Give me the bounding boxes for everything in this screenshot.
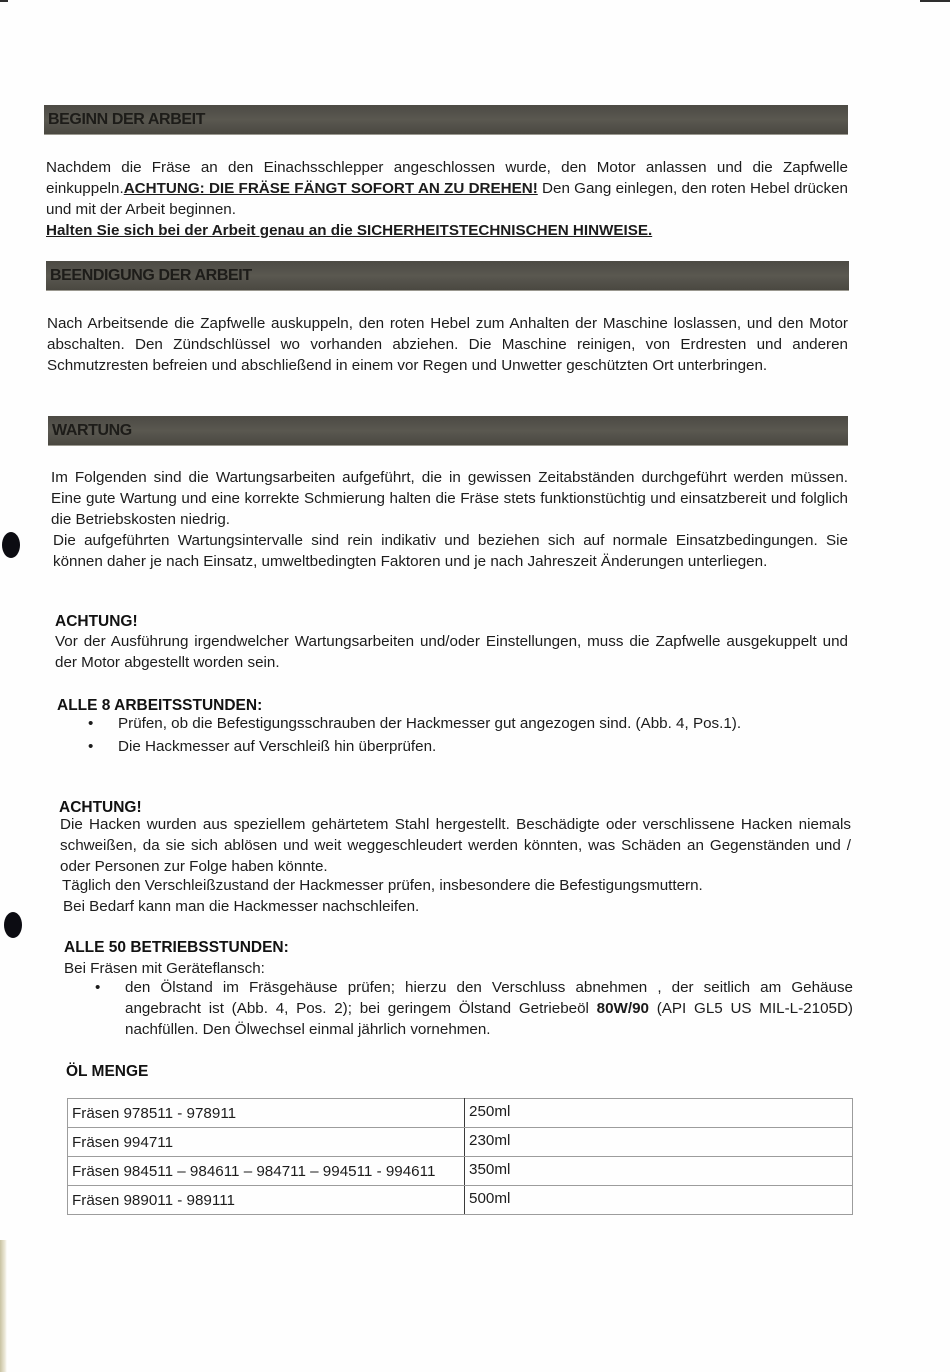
amount-cell: 250ml bbox=[465, 1099, 853, 1128]
beginn-paragraph: Nachdem die Fräse an den Einachsschleppe… bbox=[46, 157, 848, 220]
bullet-icon: • bbox=[88, 736, 93, 757]
interval-50h-intro: Bei Fräsen mit Geräteflansch: bbox=[64, 958, 265, 979]
table-row: Fräsen 984511 – 984611 – 984711 – 994511… bbox=[68, 1157, 853, 1186]
section-title: BEGINN DER ARBEIT bbox=[48, 111, 205, 129]
section-header-wartung: WARTUNG bbox=[48, 416, 848, 445]
oil-grade: 80W/90 bbox=[597, 1000, 649, 1017]
list-item-text: Prüfen, ob die Befestigungsschrauben der… bbox=[118, 715, 741, 732]
section-header-beginn: BEGINN DER ARBEIT bbox=[44, 105, 848, 134]
bullet-icon: • bbox=[88, 713, 93, 734]
section-title: WARTUNG bbox=[52, 422, 132, 440]
interval-8h-list: •Prüfen, ob die Befestigungsschrauben de… bbox=[118, 713, 850, 757]
table-row: Fräsen 978511 - 978911 250ml bbox=[68, 1099, 853, 1128]
scan-edge-shadow bbox=[920, 0, 950, 2]
safety-note: Halten Sie sich bei der Arbeit genau an … bbox=[46, 220, 848, 241]
table-row: Fräsen 994711 230ml bbox=[68, 1128, 853, 1157]
oil-quantity-heading: ÖL MENGE bbox=[66, 1063, 148, 1081]
list-item-text: Die Hackmesser auf Verschleiß hin überpr… bbox=[118, 738, 436, 755]
hacken-warning-paragraph: Die Hacken wurden aus speziellem gehärte… bbox=[60, 814, 851, 877]
punch-hole-mark bbox=[4, 912, 22, 938]
list-item: •den Ölstand im Fräsgehäuse prüfen; hier… bbox=[125, 977, 853, 1040]
interval-50h-list: •den Ölstand im Fräsgehäuse prüfen; hier… bbox=[125, 977, 853, 1040]
bullet-icon: • bbox=[95, 977, 100, 998]
section-title: BEENDIGUNG DER ARBEIT bbox=[50, 267, 252, 285]
rotation-warning: ACHTUNG: DIE FRÄSE FÄNGT SOFORT AN ZU DR… bbox=[124, 180, 538, 197]
model-cell: Fräsen 978511 - 978911 bbox=[68, 1099, 465, 1128]
amount-cell: 350ml bbox=[465, 1157, 853, 1186]
resharpen-text: Bei Bedarf kann man die Hackmesser nachs… bbox=[63, 896, 853, 917]
list-item: •Die Hackmesser auf Verschleiß hin überp… bbox=[118, 736, 850, 757]
list-item: •Prüfen, ob die Befestigungsschrauben de… bbox=[118, 713, 850, 734]
interval-50h-heading: ALLE 50 BETRIEBSSTUNDEN: bbox=[64, 939, 289, 957]
table-row: Fräsen 989011 - 989111 500ml bbox=[68, 1186, 853, 1215]
model-cell: Fräsen 989011 - 989111 bbox=[68, 1186, 465, 1215]
scan-edge-shadow bbox=[0, 0, 8, 2]
warning-heading: ACHTUNG! bbox=[55, 613, 138, 631]
punch-hole-mark bbox=[2, 532, 20, 558]
wartung-intervals-paragraph: Die aufgeführten Wartungsintervalle sind… bbox=[53, 530, 848, 572]
scan-edge-shadow bbox=[0, 1240, 7, 1372]
oil-quantity-table: Fräsen 978511 - 978911 250ml Fräsen 9947… bbox=[67, 1098, 853, 1215]
document-page: BEGINN DER ARBEIT Nachdem die Fräse an d… bbox=[0, 0, 950, 1372]
section-header-beendigung: BEENDIGUNG DER ARBEIT bbox=[46, 261, 849, 290]
amount-cell: 500ml bbox=[465, 1186, 853, 1215]
model-cell: Fräsen 994711 bbox=[68, 1128, 465, 1157]
warning-text: Vor der Ausführung irgendwelcher Wartung… bbox=[55, 631, 848, 673]
amount-cell: 230ml bbox=[465, 1128, 853, 1157]
model-cell: Fräsen 984511 – 984611 – 984711 – 994511… bbox=[68, 1157, 465, 1186]
wartung-intro-paragraph: Im Folgenden sind die Wartungsarbeiten a… bbox=[51, 467, 848, 530]
beendigung-paragraph: Nach Arbeitsende die Zapfwelle auskuppel… bbox=[47, 313, 848, 376]
daily-check-text: Täglich den Verschleißzustand der Hackme… bbox=[62, 875, 852, 896]
